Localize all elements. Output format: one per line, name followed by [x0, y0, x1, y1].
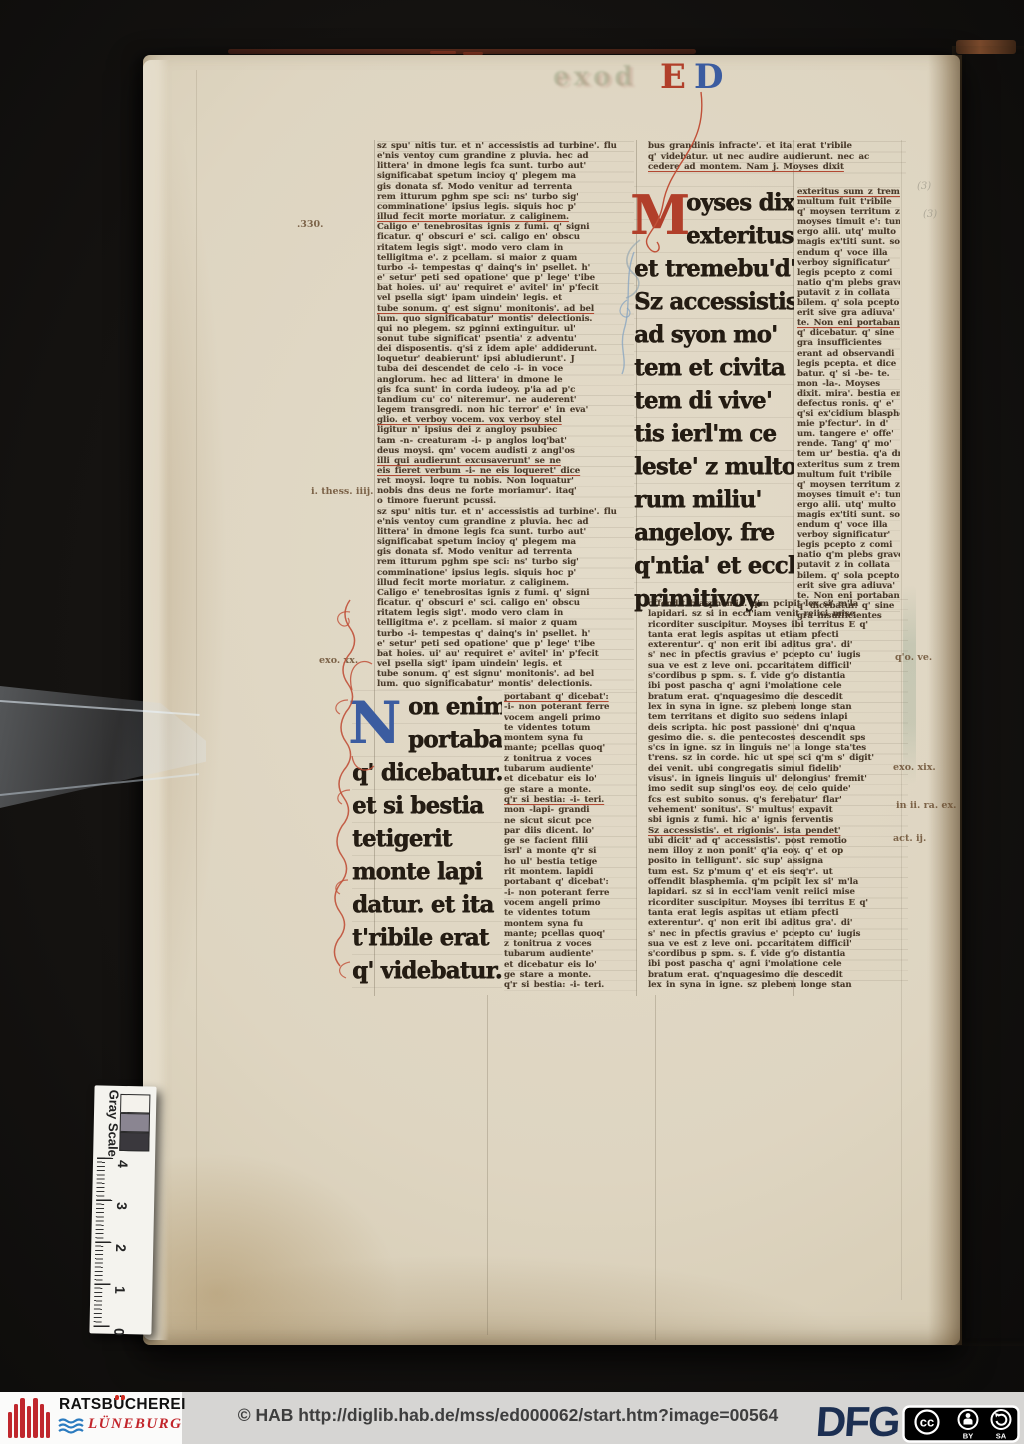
text-line: q'r si bestia: -i- teri. — [504, 795, 637, 805]
underlying-leaf-edge — [952, 46, 1024, 1346]
text-line: lex in syna in igne. sz plebem longe sta… — [648, 980, 908, 990]
text-line: turbo -i- tempestas q' dainq's in' psell… — [377, 629, 634, 639]
text-line: bat hoies. ui' au' requiret e' avitel' i… — [377, 649, 634, 659]
text-line: t'ribile erat — [352, 921, 502, 954]
text-line: s'cs in igne. sz in linguis ne' a longe … — [648, 743, 908, 753]
marginal-note: q'o. ve. — [895, 652, 932, 663]
text-line: e'nis ventoy cum grandine z pluvia. hec … — [377, 151, 634, 161]
text-line: ibi post pascha q' agni i'molatione cele — [648, 681, 908, 691]
text-line: tanta erat legis aspitas ut etiam pfecti — [648, 908, 908, 918]
ruler-number: 2 — [113, 1244, 129, 1252]
text-line: Caligo e' tenebrositas ignis z fumi. q' … — [377, 222, 634, 232]
text-line: endum q' voce illa — [797, 248, 900, 258]
text-line: tem ur' bestia. q'a dm' — [797, 449, 900, 459]
text-line: et dicebatur eis lo' — [504, 774, 637, 784]
text-line: ubi dicit' ad q' accessistis'. post remo… — [648, 836, 908, 846]
text-line: deus moysi. qm' vocem audisti z angl'os — [377, 446, 634, 456]
text-line: rem itturum pghm spe sci: ns' turbo sig' — [377, 557, 634, 567]
text-line: tem territans et digito suo sedens inlap… — [648, 712, 908, 722]
text-line: ne sicut sicut pce — [504, 816, 637, 826]
text-line: visus'. in igneis linguis ul' delongius'… — [648, 774, 908, 784]
text-line: te videntes totum — [504, 723, 637, 733]
text-line: gis donata sf. Modo venitur ad terrenta — [377, 547, 634, 557]
text-line: vel psella sigt' ipam uindein' legis. et — [377, 659, 634, 669]
running-title-offset-ghost-2: exod — [556, 64, 640, 94]
text-line: fcs est subito sonus. q's ferebatur' fla… — [648, 795, 908, 805]
text-line: e'nis ventoy cum grandine z pluvia. hec … — [377, 517, 634, 527]
text-line: nobis dns deus ne forte moriamur'. itaq' — [377, 486, 634, 496]
marginal-note: .330. — [297, 219, 323, 230]
text-line: q'r si bestia: -i- teri. — [504, 980, 637, 990]
text-line: posito in telligunt'. sic sup' assigna — [648, 856, 908, 866]
text-line: s'cordibus p spm. s. f. vide g'o distant… — [648, 949, 908, 959]
text-line: ergo alii. utq' multo — [797, 227, 900, 237]
running-title-letter: D — [694, 60, 723, 94]
text-line: portabant q' dicebat': — [504, 877, 637, 887]
text-line: isrl' a monte q'r si — [504, 846, 637, 856]
text-line: lex in syna in igne. sz plebem longe sta… — [648, 702, 908, 712]
text-line: legis pcepto z comi — [797, 540, 900, 550]
trimmed-marginalia-mark — [430, 51, 456, 54]
text-line: ligitur n' ipsius dei z angloy psubiec — [377, 425, 634, 435]
text-line: lapidari. sz si in eccl'iam venit reiici… — [648, 887, 908, 897]
text-line: q' moysen territum z h' — [797, 480, 900, 490]
ruler-number: 1 — [112, 1286, 128, 1294]
text-line: lum. quo significabatur' montis' delecti… — [377, 679, 634, 689]
text-line: ibi post pascha q' agni i'molatione cele — [648, 959, 908, 969]
text-line: imo sedit sup singl'os eoy. de celo quid… — [648, 784, 908, 794]
text-line: z tonitrua z voces — [504, 939, 637, 949]
marginal-note: exo. xx. — [319, 655, 358, 666]
text-line: legem transgredi. non hic terror' e' in … — [377, 405, 634, 415]
text-line: q' videbatur. — [352, 954, 502, 987]
text-line: Caligo e' tenebrositas ignis z fumi. q' … — [377, 588, 634, 598]
library-city: LÜNEBURG — [88, 1416, 183, 1433]
marginal-note: act. ij. — [893, 833, 926, 844]
text-line: s'cordibus p spm. s. f. vide g'o distant… — [648, 671, 908, 681]
marginal-note: in ii. ra. ex. — [896, 800, 956, 811]
text-line: ho ul' bestia tetige — [504, 857, 637, 867]
text-line: dei disposentis. q'si z idem aple' addid… — [377, 344, 634, 354]
sa-label: SA — [996, 1432, 1007, 1441]
illuminated-initial-m: M — [630, 188, 690, 242]
text-line: exteritus sum z tremebu'd'. — [797, 460, 900, 470]
text-line: s' nec in pfectis gravius e' pcepto cu' … — [648, 650, 908, 660]
text-line: monte lapi — [352, 855, 502, 888]
gray-patch — [119, 1132, 149, 1152]
umlaut-accent — [121, 1395, 125, 1400]
text-line: ad syon mo' — [634, 318, 794, 351]
text-line: ficatur. q' obscuri e' sci. caligo en' o… — [377, 232, 634, 242]
text-line: gra insufficientes — [797, 338, 900, 348]
text-line: littera' in dmone legis fca sunt. turbo … — [377, 527, 634, 537]
text-line: endum q' voce illa — [797, 520, 900, 530]
text-line: loquetur' deabierunt' ipsi abludierunt'.… — [377, 354, 634, 364]
text-line: tum est. Sz p'mum q' et eis seq'r'. ut — [648, 867, 908, 877]
gloss-column-middle: portabant q' dicebat':-i- non poterant f… — [504, 692, 637, 991]
text-line: montem syna fu — [504, 733, 637, 743]
ruler-number: 3 — [114, 1202, 130, 1210]
text-line: illi qui audierunt excusaverunt' se ne — [377, 456, 634, 466]
text-line: ritatem legis sigt'. modo vero clam in — [377, 608, 634, 618]
ruler-number: 4 — [115, 1160, 131, 1168]
text-line: illud fecit morte moriatur. z caliginem. — [377, 578, 634, 588]
digitized-manuscript-photo: exod exod ED sz spu' nitis tur. et n' ac… — [0, 0, 1024, 1444]
text-line: putavit z in collata — [797, 288, 900, 298]
text-line: lum. quo significabatur' montis' delecti… — [377, 314, 634, 324]
by-label: BY — [963, 1432, 973, 1441]
text-line: verboy significatur' — [797, 258, 900, 268]
text-line: tube sonum. q' est signu' monitonis'. ad… — [377, 304, 634, 314]
text-line: putavit z in collata — [797, 560, 900, 570]
text-line: turbo -i- tempestas q' dainq's in' psell… — [377, 263, 634, 273]
text-line: batur. q' si -be- te. — [797, 369, 900, 379]
text-line: primitivoy. — [634, 582, 794, 615]
ruler-number: 0 — [111, 1328, 127, 1336]
text-line: qui no plegem. sz pginni extinguitur. ul… — [377, 324, 634, 334]
text-line: exterentur'. q' non erit ibi aditus gra'… — [648, 918, 908, 928]
text-line: tube sonum. q' est signu' monitonis'. ad… — [377, 669, 634, 679]
text-line: illud fecit morte moriatur. z caliginem. — [377, 212, 634, 222]
text-line: rum miliu' — [634, 483, 794, 516]
gray-patch — [120, 1094, 150, 1114]
text-line: deis scripta. hic post passione' dni q'n… — [648, 723, 908, 733]
text-line: ergo alii. utq' multo — [797, 500, 900, 510]
svg-text:cc: cc — [920, 1415, 934, 1430]
text-line: sonut tube significat' psentia' z advent… — [377, 334, 634, 344]
text-line: vel psella sigt' ipam uindein' legis. et — [377, 293, 634, 303]
text-line: gesimo die. s. die pentecostes descendit… — [648, 733, 908, 743]
text-line: moyses timuit e': tunc — [797, 490, 900, 500]
copyright-url-text: © HAB http://diglib.hab.de/mss/ed000062/… — [238, 1405, 778, 1426]
gloss-column-left: sz spu' nitis tur. et n' accessistis ad … — [377, 141, 634, 690]
text-line: dixit. mira'. bestia en' — [797, 389, 900, 399]
text-line: tubarum audiente' — [504, 949, 637, 959]
text-line: o timore fuerunt pcussi. — [377, 496, 634, 506]
text-line: bratum erat. q'nquagesimo die descedit — [648, 970, 908, 980]
text-line: sz spu' nitis tur. et n' accessistis ad … — [377, 141, 634, 151]
text-line: telligitma e'. z pcellam. si maior z qua… — [377, 618, 634, 628]
gray-scale-patches — [119, 1094, 150, 1152]
text-line: verboy significatur' — [797, 530, 900, 540]
text-line: e' setur' peti sed opatione' que p' lege… — [377, 639, 634, 649]
marginal-note: exo. xix. — [893, 762, 936, 773]
text-line: q' moysen territum z h' — [797, 207, 900, 217]
text-line: tanta erat legis aspitas ut etiam pfecti — [648, 630, 908, 640]
text-line: t'rens. sz in corde. hic ut spe sci q'm … — [648, 753, 908, 763]
text-line: significabat spetum incioy q' plegem ma — [377, 171, 634, 181]
text-line: ricorditer suscipitur. Moyses ibi territ… — [648, 898, 908, 908]
text-line: ge stare a monte. — [504, 970, 637, 980]
text-line: legis pcepta. et dice — [797, 359, 900, 369]
text-line: Sz accessistis'. et rigionis'. ista pend… — [648, 826, 908, 836]
text-line: mante; pcellas quoq' — [504, 743, 637, 753]
text-line: telligitma e'. z pcellam. si maior z qua… — [377, 253, 634, 263]
text-line: bat hoies. ui' au' requiret e' avitel' i… — [377, 283, 634, 293]
text-line: erit sive gra adiuva' — [797, 308, 900, 318]
text-line: multum fuit t'ribile — [797, 197, 900, 207]
text-line: angeloy. fre — [634, 516, 794, 549]
page-right-curl-shadow — [928, 55, 962, 1345]
text-line: rem itturum pghm spe sci: ns' turbo sig' — [377, 192, 634, 202]
text-line: comminatione' ipsius legis. siquis hoc p… — [377, 568, 634, 578]
text-line: z tonitrua z voces — [504, 754, 637, 764]
text-line: s' nec in pfectis gravius e' pcepto cu' … — [648, 929, 908, 939]
text-line: erit sive gra adiuva' — [797, 581, 900, 591]
text-line: rit montem. lapidi — [504, 867, 637, 877]
gray-patch — [120, 1113, 150, 1133]
text-line: tetigerit — [352, 822, 502, 855]
text-line: moyses timuit e': tunc — [797, 217, 900, 227]
text-line: leste' z multo — [634, 450, 794, 483]
text-line: ficatur. q' obscuri e' sci. caligo en' o… — [377, 598, 634, 608]
text-line: ret moysi. loqre tu nobis. Non loquatur' — [377, 476, 634, 486]
text-line: comminatione' ipsius legis. siquis hoc p… — [377, 202, 634, 212]
text-line: dei venit. ubi congregatis simul fidelib… — [648, 764, 908, 774]
text-line: tam -n- creaturam -i- p anglos loq'bat' — [377, 436, 634, 446]
text-line: et tremebu'd'. — [634, 252, 794, 285]
text-line: q' dicebatur. q' sine — [797, 328, 900, 338]
text-line: sbi ignis z fumi. hic a' ignis ferventis — [648, 815, 908, 825]
text-line: par diis dicent. lo' — [504, 826, 637, 836]
parchment-crease — [487, 995, 488, 1335]
gloss-column-right: exteritus sum z tremebu'd'.multum fuit t… — [797, 187, 900, 621]
ratsbuecherei-bars-icon — [6, 1396, 56, 1440]
text-line: e' setur' peti sed opatione' que p' lege… — [377, 273, 634, 283]
text-line: montem syna fu — [504, 919, 637, 929]
lueneburg-waves-icon — [58, 1418, 86, 1434]
pencil-mark: (3) — [923, 209, 937, 220]
text-line: tem et civita — [634, 351, 794, 384]
gray-scale-ruler: Gray Scale 43210 — [89, 1085, 156, 1334]
text-line: tandium cu' co' niteremur'. ne auderent' — [377, 395, 634, 405]
text-line: magis ex'titi sunt. so — [797, 510, 900, 520]
text-line: q' dicebatur. — [352, 756, 502, 789]
text-line: bilem. q' sola pcepto' — [797, 298, 900, 308]
text-line: bilem. q' sola pcepto' — [797, 571, 900, 581]
gloss-block-bottom-right: offendit blasphemia. q'm pcipit lex si' … — [648, 599, 908, 990]
text-line: magis ex'titi sunt. so — [797, 237, 900, 247]
text-line: exteritus sum z tremebu'd'. — [797, 187, 900, 197]
text-line: sua ve est z leve oni. pccaritatem diffi… — [648, 939, 908, 949]
text-line: vocem angeli primo — [504, 898, 637, 908]
text-line: natio q'm plebs grave' — [797, 550, 900, 560]
umlaut-accent — [115, 1395, 119, 1400]
text-line: Sz accessistis — [634, 285, 794, 318]
dfg-logo: DFG — [814, 1398, 900, 1444]
text-line: multum fuit t'ribile — [797, 470, 900, 480]
text-line: ritatem legis sigt'. modo vero clam in — [377, 243, 634, 253]
text-line: offendit blasphemia. q'm pcipit lex si' … — [648, 877, 908, 887]
text-line: portabant q' dicebat': — [504, 692, 637, 702]
text-line: q'ntia' et eccl'a — [634, 549, 794, 582]
text-line: glio. et verboy vocem. vox verboy stel — [377, 415, 634, 425]
text-line: -i- non poterant ferre — [504, 888, 637, 898]
cc-by-sa-badge: cc BY SA — [902, 1405, 1020, 1443]
text-line: significabat spetum incioy q' plegem ma — [377, 537, 634, 547]
text-line: natio q'm plebs grave' — [797, 278, 900, 288]
parchment-crease — [655, 995, 656, 1340]
text-line: tubarum audiente' — [504, 764, 637, 774]
text-line: bratum erat. q'nquagesimo die descedit — [648, 692, 908, 702]
text-line: mon -la-. Moyses — [797, 379, 900, 389]
text-line: et si bestia — [352, 789, 502, 822]
text-line: te videntes totum — [504, 908, 637, 918]
binding-top-edge — [228, 49, 696, 54]
text-line: ricorditer suscipitur. Moyses ibi territ… — [648, 620, 908, 630]
marginal-note: i. thess. iiij. — [311, 486, 373, 497]
text-line: te. Non eni portabant' — [797, 318, 900, 328]
text-line: vehement' sonitus'. S' multus' expavit — [648, 805, 908, 815]
running-title-letter: E — [660, 60, 686, 94]
text-line: tis ierl'm ce — [634, 417, 794, 450]
illuminated-initial-n: N — [348, 694, 401, 752]
text-line: rende. Tang' q' mo' — [797, 439, 900, 449]
text-line: mante; pcellas quoq' — [504, 929, 637, 939]
text-line: bus grandinis infracte'. et ita erat t'r… — [648, 141, 906, 152]
text-line: eis fieret verbum -i- ne eis loqueret' d… — [377, 466, 634, 476]
text-line: ge stare a monte. — [504, 785, 637, 795]
ruler-numbers: 43210 — [95, 1085, 157, 1086]
text-line: sz spu' nitis tur. et n' accessistis ad … — [377, 507, 634, 517]
text-line: sua ve est z leve oni. pccaritatem diffi… — [648, 661, 908, 671]
text-line: erant ad observandi — [797, 349, 900, 359]
text-line: defectus ronis. q' e' — [797, 399, 900, 409]
bible-text-right: oyses dixitexteritus sumet tremebu'd'.Sz… — [634, 186, 794, 615]
text-line: cedere ad montem. Nam j. Moyses dixit — [648, 162, 906, 173]
text-line: q'si ex'cidium blasphe — [797, 409, 900, 419]
pencil-mark: (3) — [917, 181, 931, 192]
text-line: nem illoy z non ponit' q'ia eoy. q' et o… — [648, 846, 908, 856]
text-line: mie p'fectur'. in d' — [797, 419, 900, 429]
text-line: mon -lapi- grandi — [504, 805, 637, 815]
text-line: datur. et ita — [352, 888, 502, 921]
text-line: tem di vive' — [634, 384, 794, 417]
text-line: -i- non poterant ferre — [504, 702, 637, 712]
text-line: q' videbatur. ut nec audire audierunt. n… — [648, 152, 906, 163]
text-line: tuba dei descendet de celo -i- in voce — [377, 364, 634, 374]
text-line: et dicebatur eis lo' — [504, 960, 637, 970]
text-line: gis donata sf. Modo venitur ad terrenta — [377, 182, 634, 192]
parchment-crease — [196, 70, 197, 1330]
text-line: ge se facient filii — [504, 836, 637, 846]
gloss-block-top-right: bus grandinis infracte'. et ita erat t'r… — [648, 141, 906, 175]
text-line: um. tangere e' offe' — [797, 429, 900, 439]
text-line: littera' in dmone legis fca sunt. turbo … — [377, 161, 634, 171]
text-line: legis pcepto z comi — [797, 268, 900, 278]
text-line: vocem angeli primo — [504, 713, 637, 723]
text-line: exterentur'. q' non erit ibi aditus gra'… — [648, 640, 908, 650]
text-line: gis fca sunt' in corda iudeoy. p'ia ad p… — [377, 385, 634, 395]
ruler-major-ticks — [94, 1157, 114, 1327]
text-line: anglorum. hec ad littera' in dmone le — [377, 375, 634, 385]
